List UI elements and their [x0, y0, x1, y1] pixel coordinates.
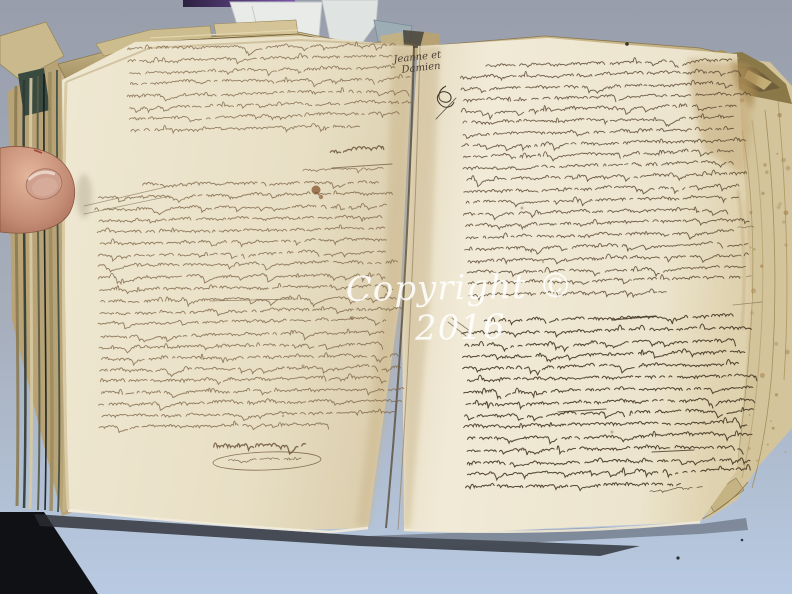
ink-spot: [741, 539, 744, 542]
foxing-dot: [774, 342, 778, 346]
foxing-dot: [776, 153, 778, 155]
foxing-dot: [748, 447, 751, 450]
foxing-dot: [756, 459, 759, 462]
foxing-dot: [765, 171, 769, 175]
ink-spot: [625, 42, 629, 46]
foxing-dot: [760, 373, 765, 378]
foxing-dot: [751, 288, 756, 293]
foxing-dot: [784, 243, 788, 247]
ink-spot: [350, 316, 354, 320]
foxing-dot: [777, 205, 781, 209]
foxing-dot: [750, 246, 752, 248]
photo-of-open-register: Copyright © 2016 Jeanne et Damien: [0, 0, 792, 594]
foxing-dot: [761, 192, 765, 196]
foxing-dot: [781, 158, 786, 163]
foxing-dot: [785, 451, 787, 453]
foxing-dot: [767, 444, 769, 446]
foxing-dot: [786, 166, 791, 171]
foxing-dot: [782, 220, 786, 224]
foxing-dot: [760, 265, 763, 268]
foxing-dot: [740, 98, 744, 102]
foxing-dot: [749, 414, 751, 416]
ink-spot: [676, 556, 679, 559]
foxing-dot: [770, 420, 772, 422]
ink-spot: [312, 186, 321, 195]
ink-spot: [319, 195, 323, 199]
foxing-dot: [785, 350, 790, 355]
ink-spot: [542, 261, 544, 263]
foxing-dot: [750, 311, 753, 314]
foxing-dot: [784, 210, 789, 215]
foxing-dot: [775, 393, 778, 396]
ink-spot: [611, 431, 614, 434]
foxing-dot: [777, 113, 781, 117]
foxing-dot: [749, 211, 752, 214]
foxing-dot: [753, 248, 756, 251]
ink-spot: [302, 365, 305, 368]
ink-spot: [282, 415, 284, 417]
left-page: [62, 36, 413, 530]
photo-canvas: [0, 0, 792, 594]
foxing-dot: [763, 163, 767, 167]
ink-spot: [521, 207, 524, 210]
foxing-dot: [772, 427, 775, 430]
